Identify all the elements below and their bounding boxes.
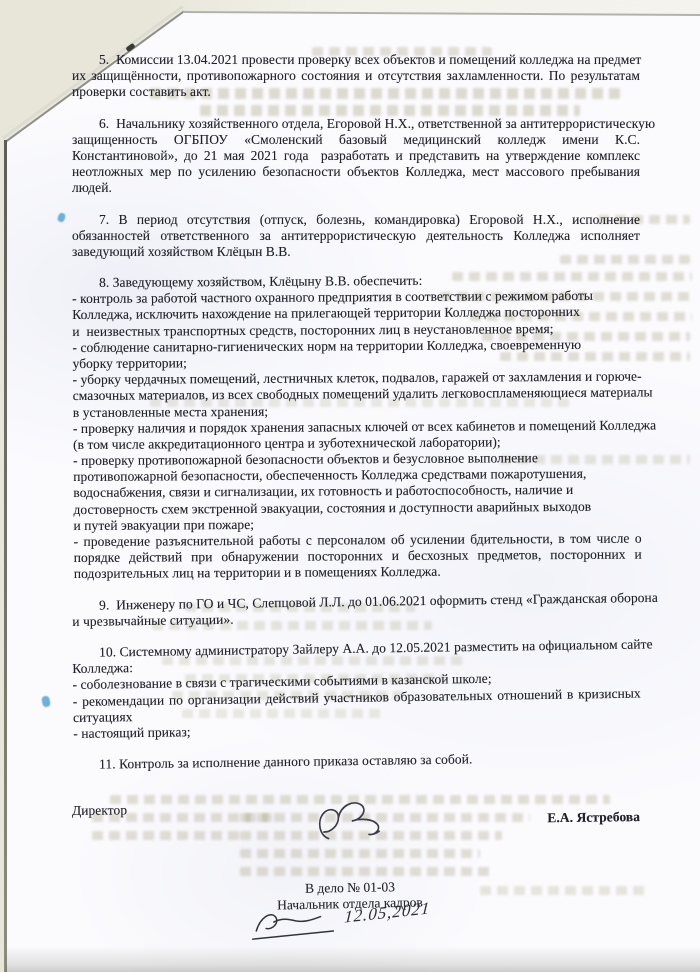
body-line: заведующий хозяйством Клёцын В.В. bbox=[72, 244, 640, 260]
paragraph-9: 9. Инженеру по ГО и ЧС, Слепцовой Л.Л. д… bbox=[72, 590, 640, 630]
body-line: людей. bbox=[72, 180, 640, 196]
bleedthrough-artifact bbox=[92, 831, 242, 840]
body-line: их защищённости, противопожарного состоя… bbox=[72, 68, 640, 84]
body-line: Константиновой», до 21 мая 2021 года раз… bbox=[72, 148, 640, 164]
body-line: 11. Контроль за исполнение данного прика… bbox=[72, 749, 640, 773]
bleedthrough-artifact bbox=[480, 886, 650, 895]
order-body: 5. Комиссии 13.04.2021 провести проверку… bbox=[72, 52, 640, 832]
director-signature bbox=[307, 791, 396, 853]
body-line: проверки составить акт. bbox=[72, 84, 640, 100]
bleedthrough-artifact bbox=[240, 849, 480, 858]
bleedthrough-artifact bbox=[240, 867, 490, 876]
hr-officer-signature bbox=[248, 905, 340, 946]
body-line: подозрительных лиц на территории и в пом… bbox=[74, 563, 642, 583]
body-line: 5. Комиссии 13.04.2021 провести проверку… bbox=[72, 52, 640, 68]
director-name: Е.А. Ястребова bbox=[547, 809, 640, 826]
paragraph-10: 10. Системному администратору Зайлеру А.… bbox=[72, 637, 641, 743]
body-line: 6. Начальнику хозяйственного отдела, Его… bbox=[72, 116, 640, 132]
scan-bed: { "page": { "bed_color": "#e8e6d9", "pap… bbox=[0, 0, 700, 972]
body-line: защищенность ОГБПОУ «Смоленский базовый … bbox=[72, 132, 640, 148]
body-line: 7. В период отсутствия (отпуск, болезнь,… bbox=[72, 212, 640, 228]
paragraph-7: 7. В период отсутствия (отпуск, болезнь,… bbox=[72, 212, 640, 261]
body-line: обязанностей ответственного за антитерро… bbox=[72, 228, 640, 244]
paragraph-5: 5. Комиссии 13.04.2021 провести проверку… bbox=[72, 52, 640, 101]
body-line: неотложных мер по усилению безопасности … bbox=[72, 164, 640, 180]
director-title-label: Директор bbox=[72, 803, 128, 833]
paragraph-11: 11. Контроль за исполнение данного прика… bbox=[72, 749, 640, 773]
paragraph-6: 6. Начальнику хозяйственного отдела, Его… bbox=[72, 116, 640, 197]
paragraph-8: 8. Заведующему хозяйством, Клёцыну В.В. … bbox=[72, 272, 642, 583]
